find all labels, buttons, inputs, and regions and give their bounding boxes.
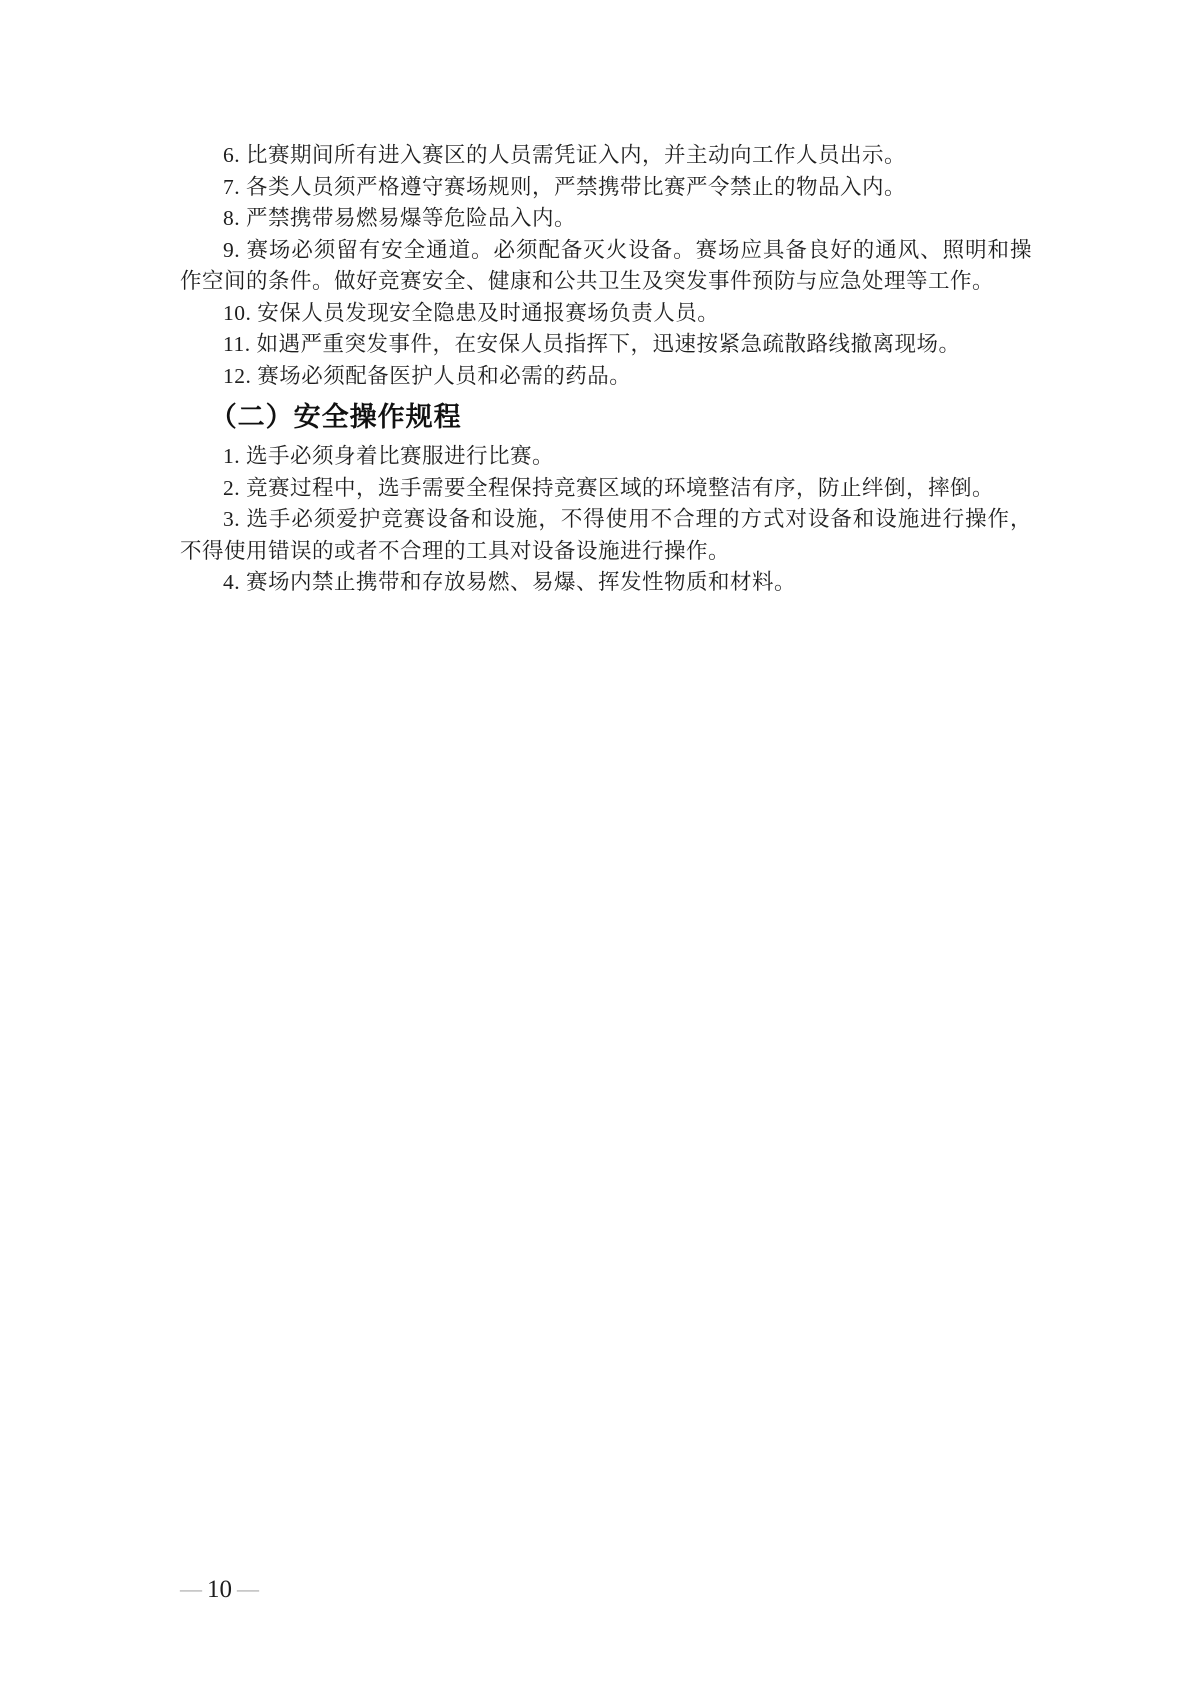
page-number: 10 xyxy=(206,1576,233,1604)
section-heading-safety-operation: （二）安全操作规程 xyxy=(180,397,1032,437)
rule-item-7: 7. 各类人员须严格遵守赛场规则，严禁携带比赛严令禁止的物品入内。 xyxy=(180,172,1032,204)
footer-dash-left: — xyxy=(180,1575,202,1603)
rule-item-9: 9. 赛场必须留有安全通道。必须配备灭火设备。赛场应具备良好的通风、照明和操作空… xyxy=(180,235,1032,298)
footer-dash-right: — xyxy=(237,1575,259,1603)
operation-item-1: 1. 选手必须身着比赛服进行比赛。 xyxy=(180,441,1032,473)
rule-item-12: 12. 赛场必须配备医护人员和必需的药品。 xyxy=(180,361,1032,393)
rule-item-8: 8. 严禁携带易燃易爆等危险品入内。 xyxy=(180,203,1032,235)
operation-item-4: 4. 赛场内禁止携带和存放易燃、易爆、挥发性物质和材料。 xyxy=(180,567,1032,599)
document-page: 6. 比赛期间所有进入赛区的人员需凭证入内，并主动向工作人员出示。 7. 各类人… xyxy=(0,0,1199,1696)
page-footer: — 10 — xyxy=(180,1576,259,1604)
operation-item-3: 3. 选手必须爱护竞赛设备和设施，不得使用不合理的方式对设备和设施进行操作，不得… xyxy=(180,504,1032,567)
rule-item-6: 6. 比赛期间所有进入赛区的人员需凭证入内，并主动向工作人员出示。 xyxy=(180,140,1032,172)
rule-item-10: 10. 安保人员发现安全隐患及时通报赛场负责人员。 xyxy=(180,298,1032,330)
operation-item-2: 2. 竞赛过程中，选手需要全程保持竞赛区域的环境整洁有序，防止绊倒，摔倒。 xyxy=(180,473,1032,505)
rule-item-11: 11. 如遇严重突发事件，在安保人员指挥下，迅速按紧急疏散路线撤离现场。 xyxy=(180,329,1032,361)
document-content: 6. 比赛期间所有进入赛区的人员需凭证入内，并主动向工作人员出示。 7. 各类人… xyxy=(180,140,1032,599)
